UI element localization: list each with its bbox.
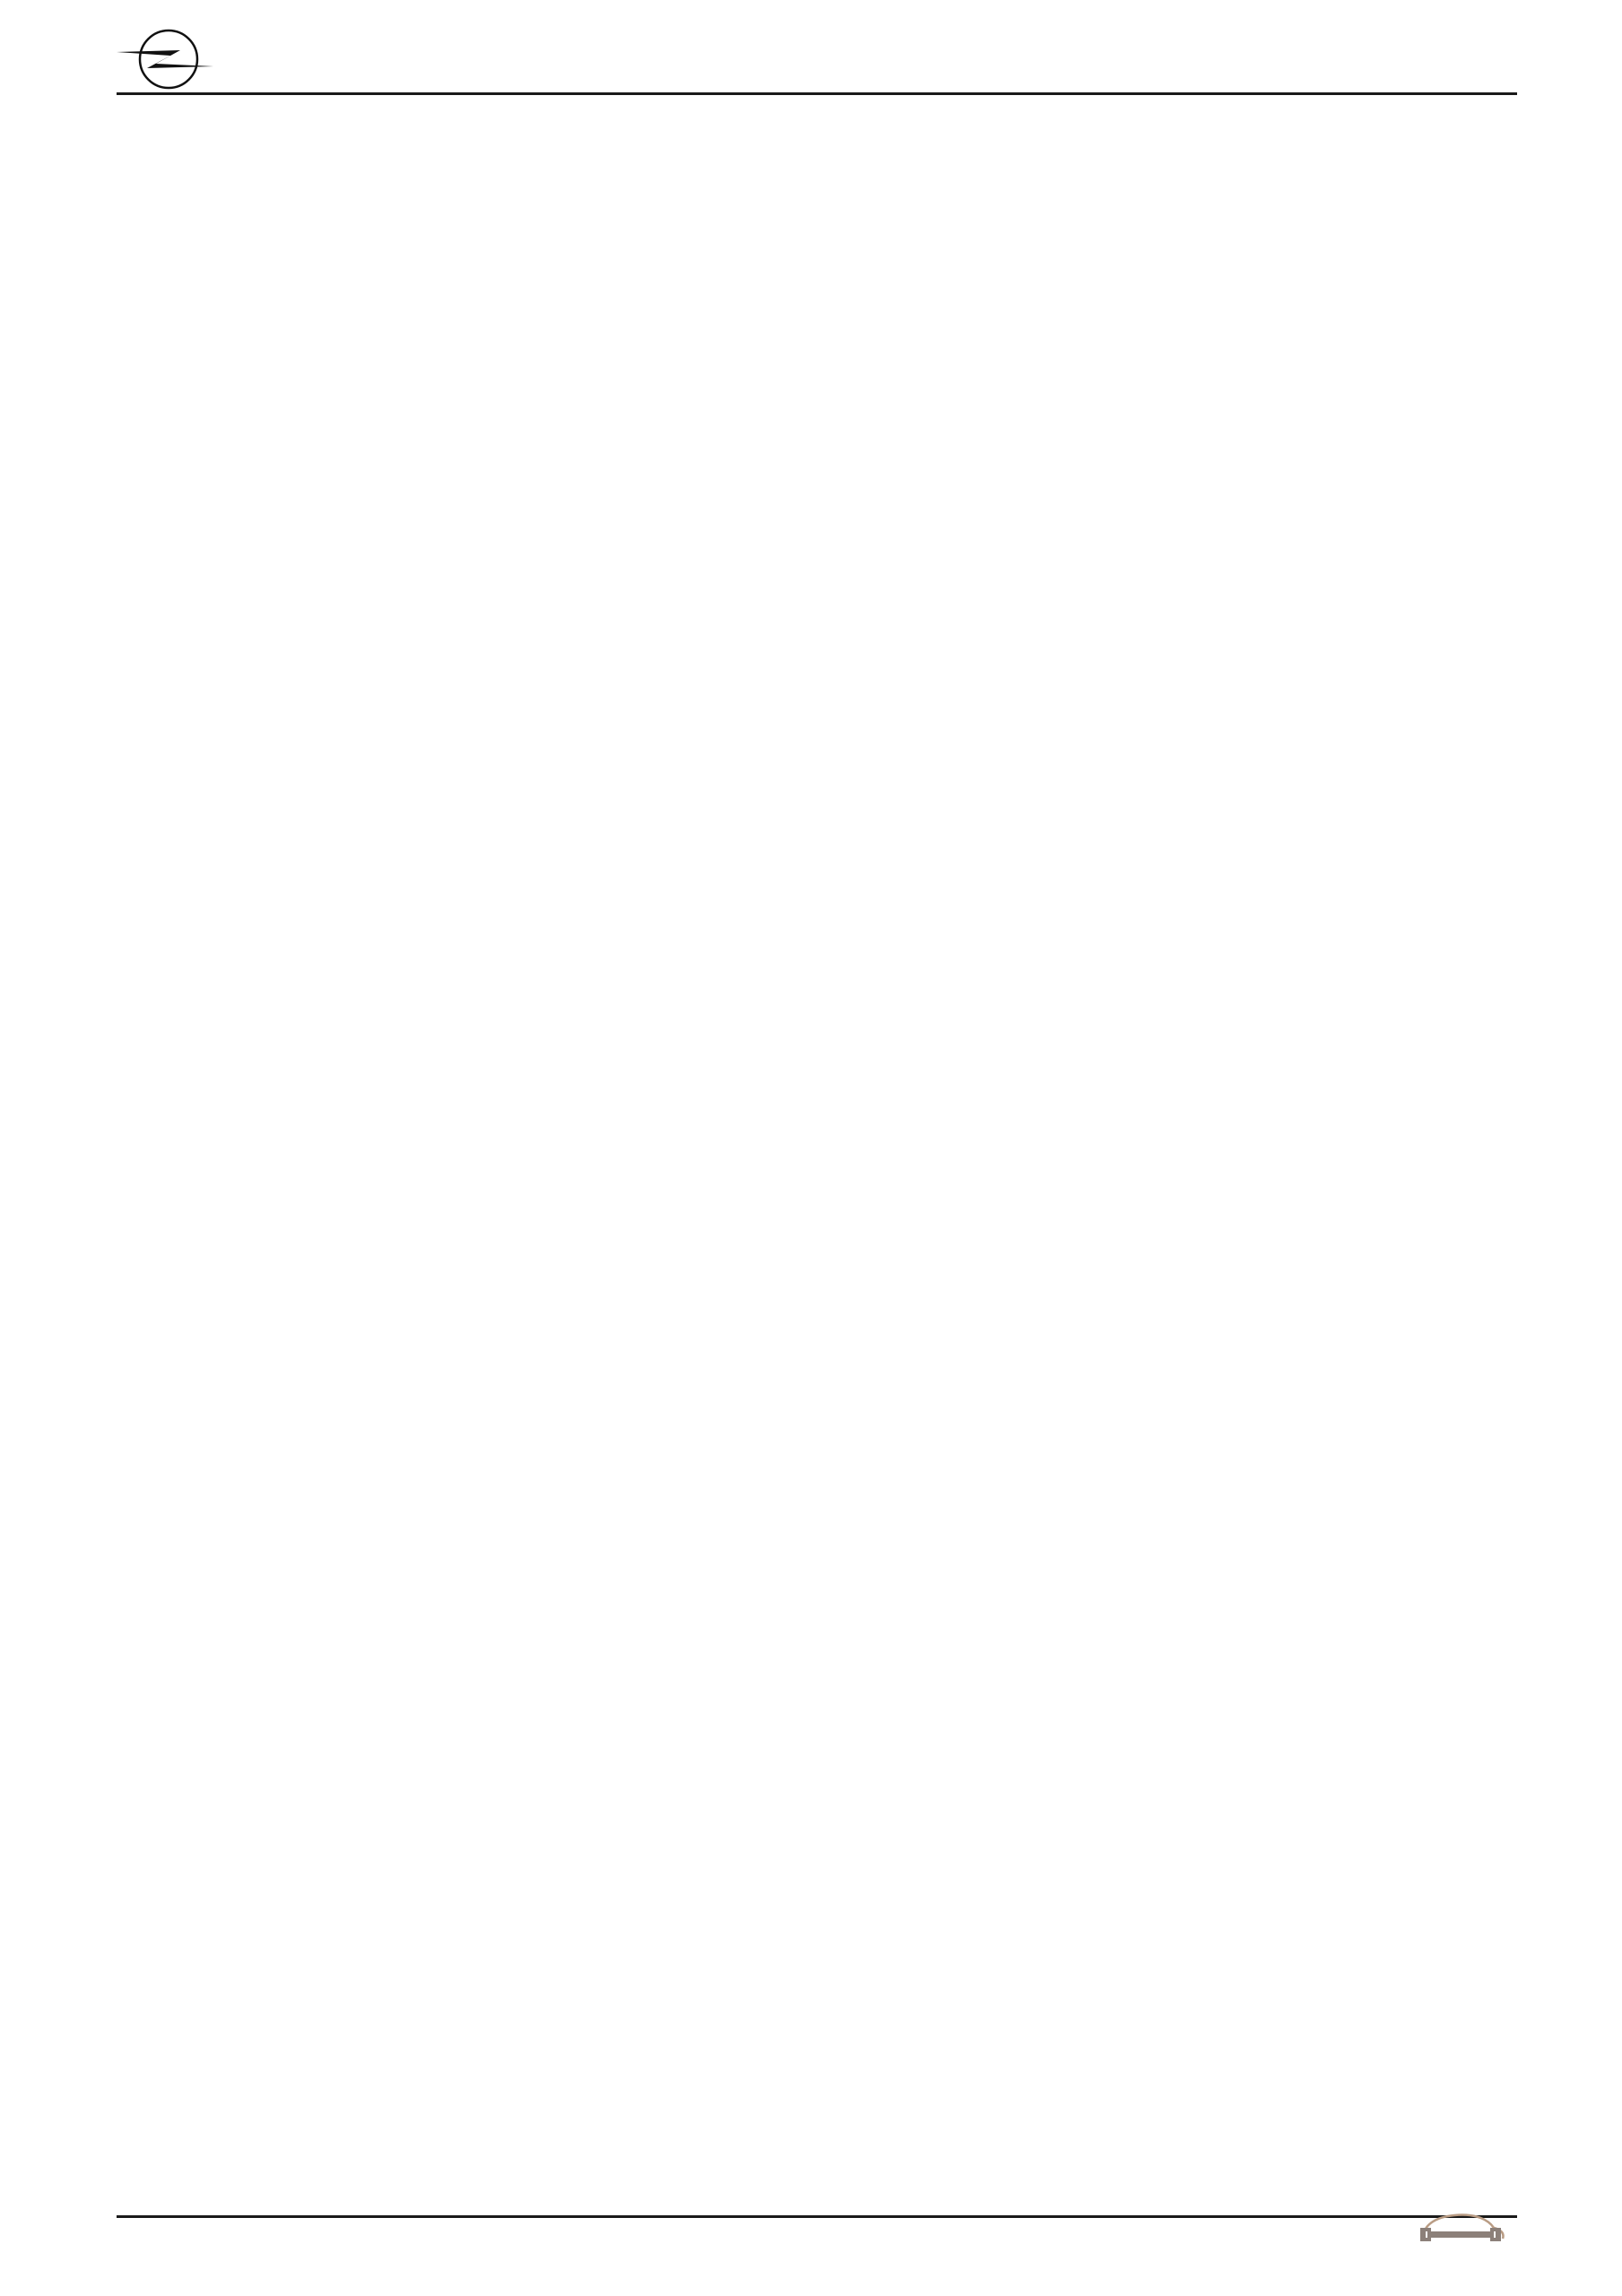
opel-logo-icon <box>115 27 221 91</box>
footer-divider <box>117 2215 1517 2218</box>
header-divider <box>117 92 1517 95</box>
kfz-verlag-logo <box>1399 2208 1524 2289</box>
car-wrench-icon <box>1408 2208 1515 2248</box>
